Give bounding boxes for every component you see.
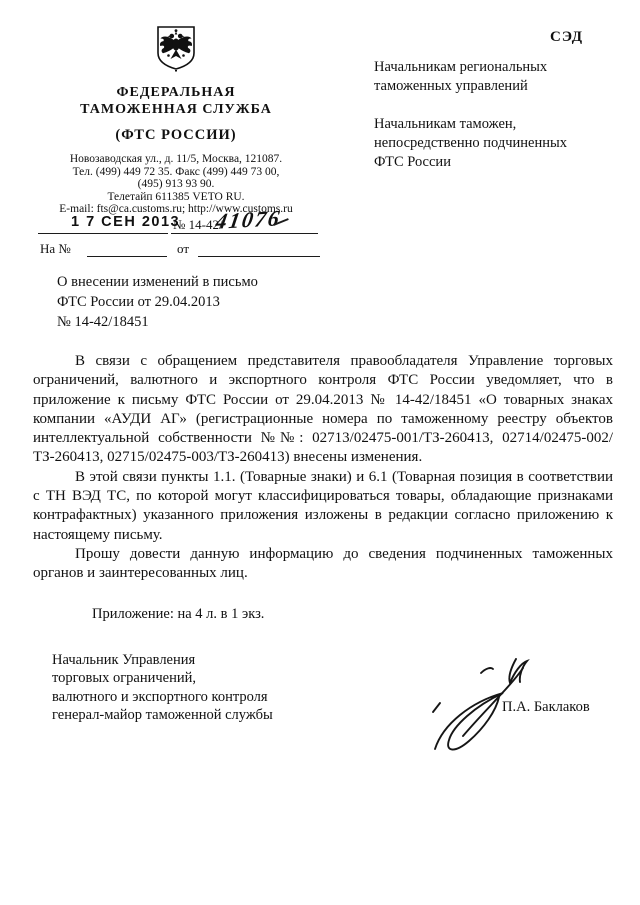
org-name-line1: ФЕДЕРАЛЬНАЯ (35, 84, 317, 101)
letterhead: ФЕДЕРАЛЬНАЯ ТАМОЖЕННАЯ СЛУЖБА (ФТС РОССИ… (35, 25, 317, 216)
russian-coat-of-arms-icon (155, 25, 197, 72)
date-underline (38, 233, 168, 234)
body-paragraph-3: Прошу довести данную информацию до сведе… (33, 545, 613, 584)
sed-marker: СЭД (550, 29, 583, 46)
addressee2-line2: непосредственно подчиненных (374, 134, 624, 153)
org-phone2: (495) 913 93 90. (35, 178, 317, 191)
org-name-line2: ТАМОЖЕННАЯ СЛУЖБА (35, 101, 317, 118)
org-phone-fax: Тел. (499) 449 72 35. Факс (499) 449 73 … (35, 166, 317, 179)
signer-position: Начальник Управления торговых ограничени… (52, 651, 352, 725)
letter-body: В связи с обращением представителя право… (33, 352, 613, 584)
subject-line1: О внесении изменений в письмо (57, 273, 297, 293)
signer-position-line4: генерал-майор таможенной службы (52, 706, 352, 724)
reference-block: 1 7 СЕН 2013 № 14-42/ 41076 На № от (35, 212, 335, 272)
subject-line2: ФТС России от 29.04.2013 (57, 293, 297, 313)
addressee2-line3: ФТС России (374, 153, 624, 172)
reply-date-label: от (177, 241, 189, 257)
org-address: Новозаводская ул., д. 11/5, Москва, 1210… (35, 153, 317, 166)
scanned-letter-page: { "doc": { "sed_label": "СЭД", "letterhe… (0, 0, 640, 905)
addressee2-line1: Начальникам таможен, (374, 115, 624, 134)
date-stamp: 1 7 СЕН 2013 (71, 214, 180, 230)
addressee1-line1: Начальникам региональных (374, 58, 624, 77)
letter-subject: О внесении изменений в письмо ФТС России… (57, 273, 297, 332)
reply-number-underline (87, 256, 167, 257)
reply-date-underline (198, 256, 320, 257)
signer-position-line3: валютного и экспортного контроля (52, 688, 352, 706)
attachment-note: Приложение: на 4 л. в 1 экз. (92, 606, 264, 623)
addressee-block-1: Начальникам региональных таможенных упра… (374, 58, 624, 96)
handwritten-number: 41076 (214, 205, 283, 235)
addressee1-line2: таможенных управлений (374, 77, 624, 96)
signer-position-line1: Начальник Управления (52, 651, 352, 669)
org-name: ФЕДЕРАЛЬНАЯ ТАМОЖЕННАЯ СЛУЖБА (35, 84, 317, 118)
org-short-name: (ФТС РОССИИ) (35, 127, 317, 144)
org-teletype: Телетайп 611385 VETO RU. (35, 191, 317, 204)
signer-position-line2: торговых ограничений, (52, 669, 352, 687)
body-paragraph-2: В этой связи пункты 1.1. (Товарные знаки… (33, 468, 613, 545)
reply-to-number-label: На № (40, 241, 71, 257)
body-paragraph-1: В связи с обращением представителя право… (33, 352, 613, 468)
subject-line3: № 14-42/18451 (57, 313, 297, 333)
number-underline (171, 233, 318, 234)
signer-name: П.А. Баклаков (502, 699, 590, 716)
addressee-block-2: Начальникам таможен, непосредственно под… (374, 115, 624, 171)
